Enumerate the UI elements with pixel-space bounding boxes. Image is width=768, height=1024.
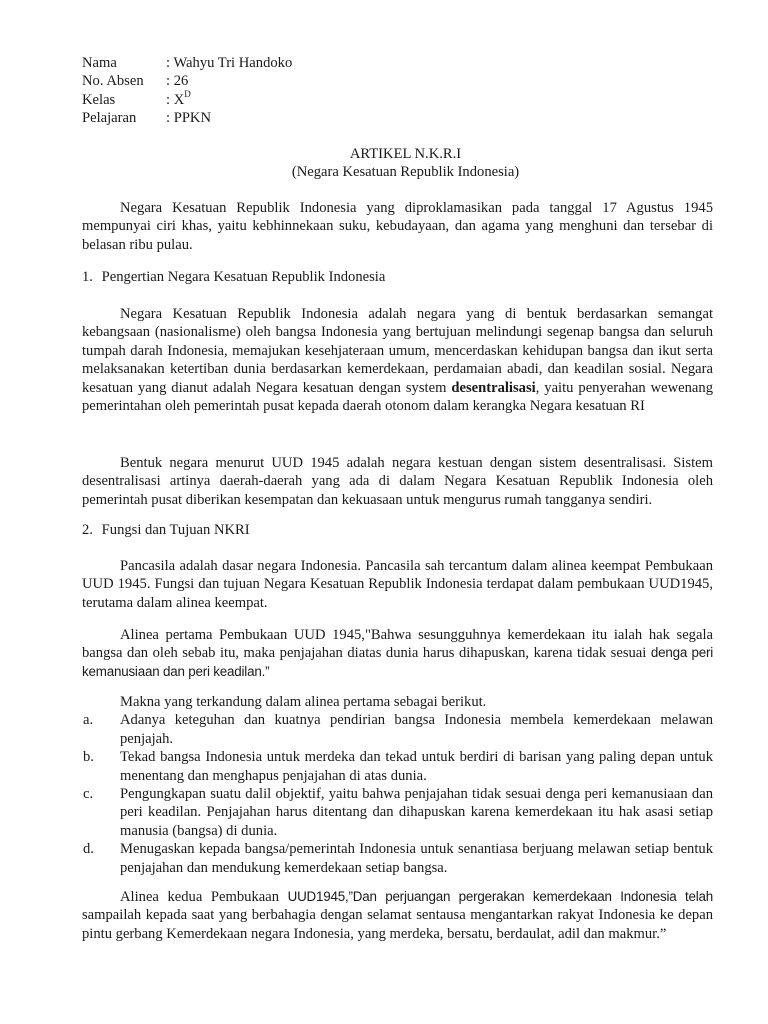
article-subtitle: (Negara Kesatuan Republik Indonesia)	[82, 163, 729, 181]
list-marker: b.	[82, 748, 120, 785]
identity-label: Kelas	[82, 91, 166, 109]
list-marker: d.	[82, 840, 120, 877]
paragraph-text: Bentuk negara menurut UUD 1945 adalah ne…	[82, 455, 713, 508]
list-text: Menugaskan kepada bangsa/pemerintah Indo…	[120, 840, 713, 877]
identity-row-pelajaran: Pelajaran : PPKN	[82, 109, 292, 127]
paragraph-text-alt: UUD1945,”Dan perjuangan pergerakan kemer…	[288, 889, 713, 904]
section-1-paragraph-2: Bentuk negara menurut UUD 1945 adalah ne…	[82, 454, 713, 509]
section-1-paragraph-1: Negara Kesatuan Republik Indonesia adala…	[82, 305, 713, 415]
intro-text: Negara Kesatuan Republik Indonesia yang …	[82, 200, 713, 253]
paragraph-text: Pancasila adalah dasar negara Indonesia.…	[82, 558, 713, 611]
section-title: Fungsi dan Tujuan NKRI	[102, 522, 250, 538]
identity-value: : Wahyu Tri Handoko	[166, 54, 292, 72]
paragraph-text: Alinea pertama Pembukaan UUD 1945,"Bahwa…	[82, 627, 713, 661]
list-marker: a.	[82, 711, 120, 748]
document-page: Nama : Wahyu Tri Handoko No. Absen : 26 …	[0, 0, 768, 1024]
article-title: ARTIKEL N.K.R.I	[82, 145, 729, 163]
identity-label: No. Absen	[82, 72, 166, 90]
bold-term: desentralisasi	[451, 380, 535, 396]
identity-label: Pelajaran	[82, 109, 166, 127]
list-text: Adanya keteguhan dan kuatnya pendirian b…	[120, 711, 713, 748]
list-intro: Makna yang terkandung dalam alinea perta…	[82, 693, 713, 711]
section-2-paragraph-1: Pancasila adalah dasar negara Indonesia.…	[82, 557, 713, 612]
list-item: a. Adanya keteguhan dan kuatnya pendiria…	[82, 711, 713, 748]
list-text: Pengungkapan suatu dalil objektif, yaitu…	[120, 785, 713, 840]
list-item: b. Tekad bangsa Indonesia untuk merdeka …	[82, 748, 713, 785]
meaning-list: Makna yang terkandung dalam alinea perta…	[82, 693, 713, 877]
identity-row-name: Nama : Wahyu Tri Handoko	[82, 54, 292, 72]
student-identity: Nama : Wahyu Tri Handoko No. Absen : 26 …	[82, 54, 292, 128]
section-2-paragraph-2: Alinea pertama Pembukaan UUD 1945,"Bahwa…	[82, 626, 713, 681]
section-1-heading: 1. Pengertian Negara Kesatuan Republik I…	[82, 268, 385, 286]
list-item: c. Pengungkapan suatu dalil objektif, ya…	[82, 785, 713, 840]
class-value: : X	[166, 92, 184, 108]
identity-value: : PPKN	[166, 109, 211, 127]
paragraph-text: sampailah kepada saat yang berbahagia de…	[82, 907, 713, 941]
identity-value: : XD	[166, 91, 191, 109]
section-2-heading: 2. Fungsi dan Tujuan NKRI	[82, 521, 250, 539]
class-superscript: D	[184, 89, 191, 99]
section-title: Pengertian Negara Kesatuan Republik Indo…	[102, 269, 386, 285]
section-2-paragraph-3: Alinea kedua Pembukaan UUD1945,”Dan perj…	[82, 888, 713, 943]
paragraph-text: Alinea kedua Pembukaan	[120, 889, 288, 905]
section-number: 2.	[82, 521, 98, 539]
list-item: d. Menugaskan kepada bangsa/pemerintah I…	[82, 840, 713, 877]
identity-label: Nama	[82, 54, 166, 72]
identity-row-kelas: Kelas : XD	[82, 91, 292, 109]
intro-paragraph: Negara Kesatuan Republik Indonesia yang …	[82, 199, 713, 254]
list-text: Tekad bangsa Indonesia untuk merdeka dan…	[120, 748, 713, 785]
section-number: 1.	[82, 268, 98, 286]
list-marker: c.	[82, 785, 120, 840]
